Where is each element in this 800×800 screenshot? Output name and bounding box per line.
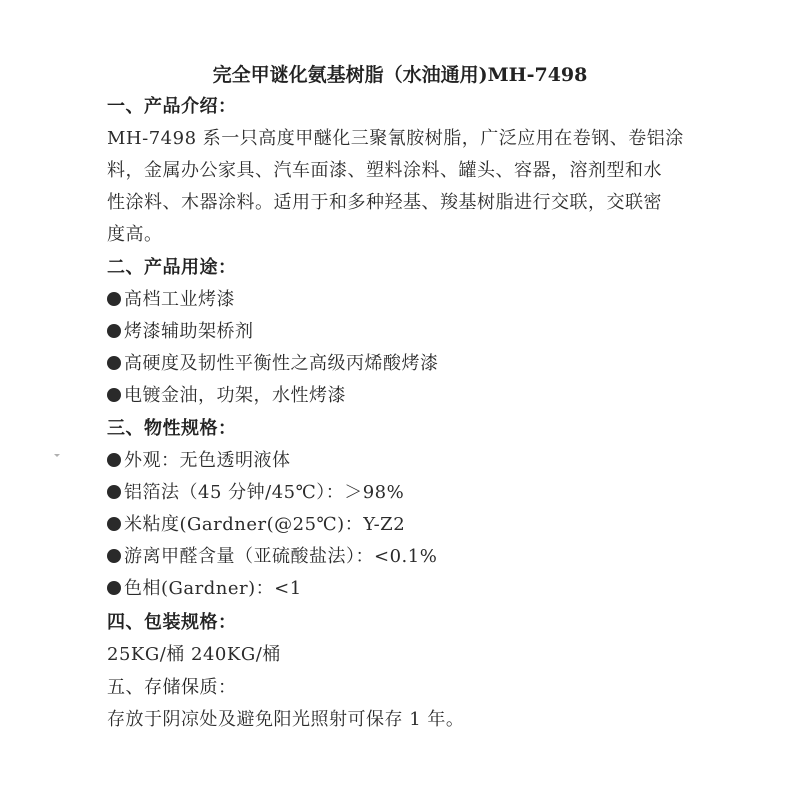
bullet-text: 游离甲醛含量（亚硫酸盐法）：<0.1% bbox=[124, 546, 437, 567]
bullet-text: 烤漆辅助架桥剂 bbox=[124, 321, 254, 342]
spec-bullet-item: 铝箔法（45 分钟/45℃）：＞98% bbox=[107, 477, 404, 509]
section-heading-intro: 一、产品介绍： bbox=[107, 91, 237, 123]
uses-bullet-item: 电镀金油，功架，水性烤漆 bbox=[107, 380, 346, 412]
bullet-icon bbox=[107, 324, 121, 338]
bullet-icon bbox=[107, 388, 121, 402]
section-heading-specs: 三、物性规格： bbox=[107, 413, 237, 445]
bullet-text: 铝箔法（45 分钟/45℃）：＞98% bbox=[124, 482, 404, 503]
bullet-icon bbox=[107, 485, 121, 499]
section-heading-packaging: 四、包装规格： bbox=[107, 607, 237, 639]
bullet-text: 高档工业烤漆 bbox=[124, 289, 235, 310]
intro-line: 性涂料、木器涂料。适用于和多种羟基、羧基树脂进行交联，交联密 bbox=[107, 187, 662, 219]
intro-line: 料，金属办公家具、汽车面漆、塑料涂料、罐头、容器，溶剂型和水 bbox=[107, 155, 662, 187]
bullet-icon bbox=[107, 453, 121, 467]
bullet-icon bbox=[107, 517, 121, 531]
bullet-icon bbox=[107, 581, 121, 595]
uses-bullet-item: 高硬度及韧性平衡性之高级丙烯酸烤漆 bbox=[107, 348, 439, 380]
bullet-icon bbox=[107, 356, 121, 370]
storage-line: 存放于阴凉处及避免阳光照射可保存 1 年。 bbox=[107, 704, 464, 736]
bullet-icon bbox=[107, 292, 121, 306]
collapse-marker-icon bbox=[54, 454, 60, 457]
spec-bullet-item: 外观：无色透明液体 bbox=[107, 445, 291, 477]
packaging-line: 25KG/桶 240KG/桶 bbox=[107, 639, 281, 671]
bullet-text: 色相(Gardner)：<1 bbox=[124, 578, 302, 599]
bullet-text: 米粘度(Gardner(@25℃)：Y-Z2 bbox=[124, 514, 405, 535]
spec-bullet-item: 色相(Gardner)：<1 bbox=[107, 573, 302, 605]
document-page: 完全甲谜化氨基树脂（水油通用)MH-7498 一、产品介绍： MH-7498 系… bbox=[0, 0, 800, 800]
section-heading-uses: 二、产品用途： bbox=[107, 252, 237, 284]
bullet-text: 外观：无色透明液体 bbox=[124, 450, 291, 471]
document-title: 完全甲谜化氨基树脂（水油通用)MH-7498 bbox=[0, 60, 800, 90]
intro-line: MH-7498 系一只高度甲醚化三聚氰胺树脂，广泛应用在卷钢、卷铝涂 bbox=[107, 123, 684, 155]
bullet-icon bbox=[107, 549, 121, 563]
bullet-text: 高硬度及韧性平衡性之高级丙烯酸烤漆 bbox=[124, 353, 439, 374]
uses-bullet-item: 烤漆辅助架桥剂 bbox=[107, 316, 254, 348]
spec-bullet-item: 米粘度(Gardner(@25℃)：Y-Z2 bbox=[107, 509, 405, 541]
uses-bullet-item: 高档工业烤漆 bbox=[107, 284, 235, 316]
section-heading-storage: 五、存储保质： bbox=[107, 672, 237, 704]
spec-bullet-item: 游离甲醛含量（亚硫酸盐法）：<0.1% bbox=[107, 541, 437, 573]
bullet-text: 电镀金油，功架，水性烤漆 bbox=[124, 385, 346, 406]
intro-line: 度高。 bbox=[107, 219, 163, 251]
